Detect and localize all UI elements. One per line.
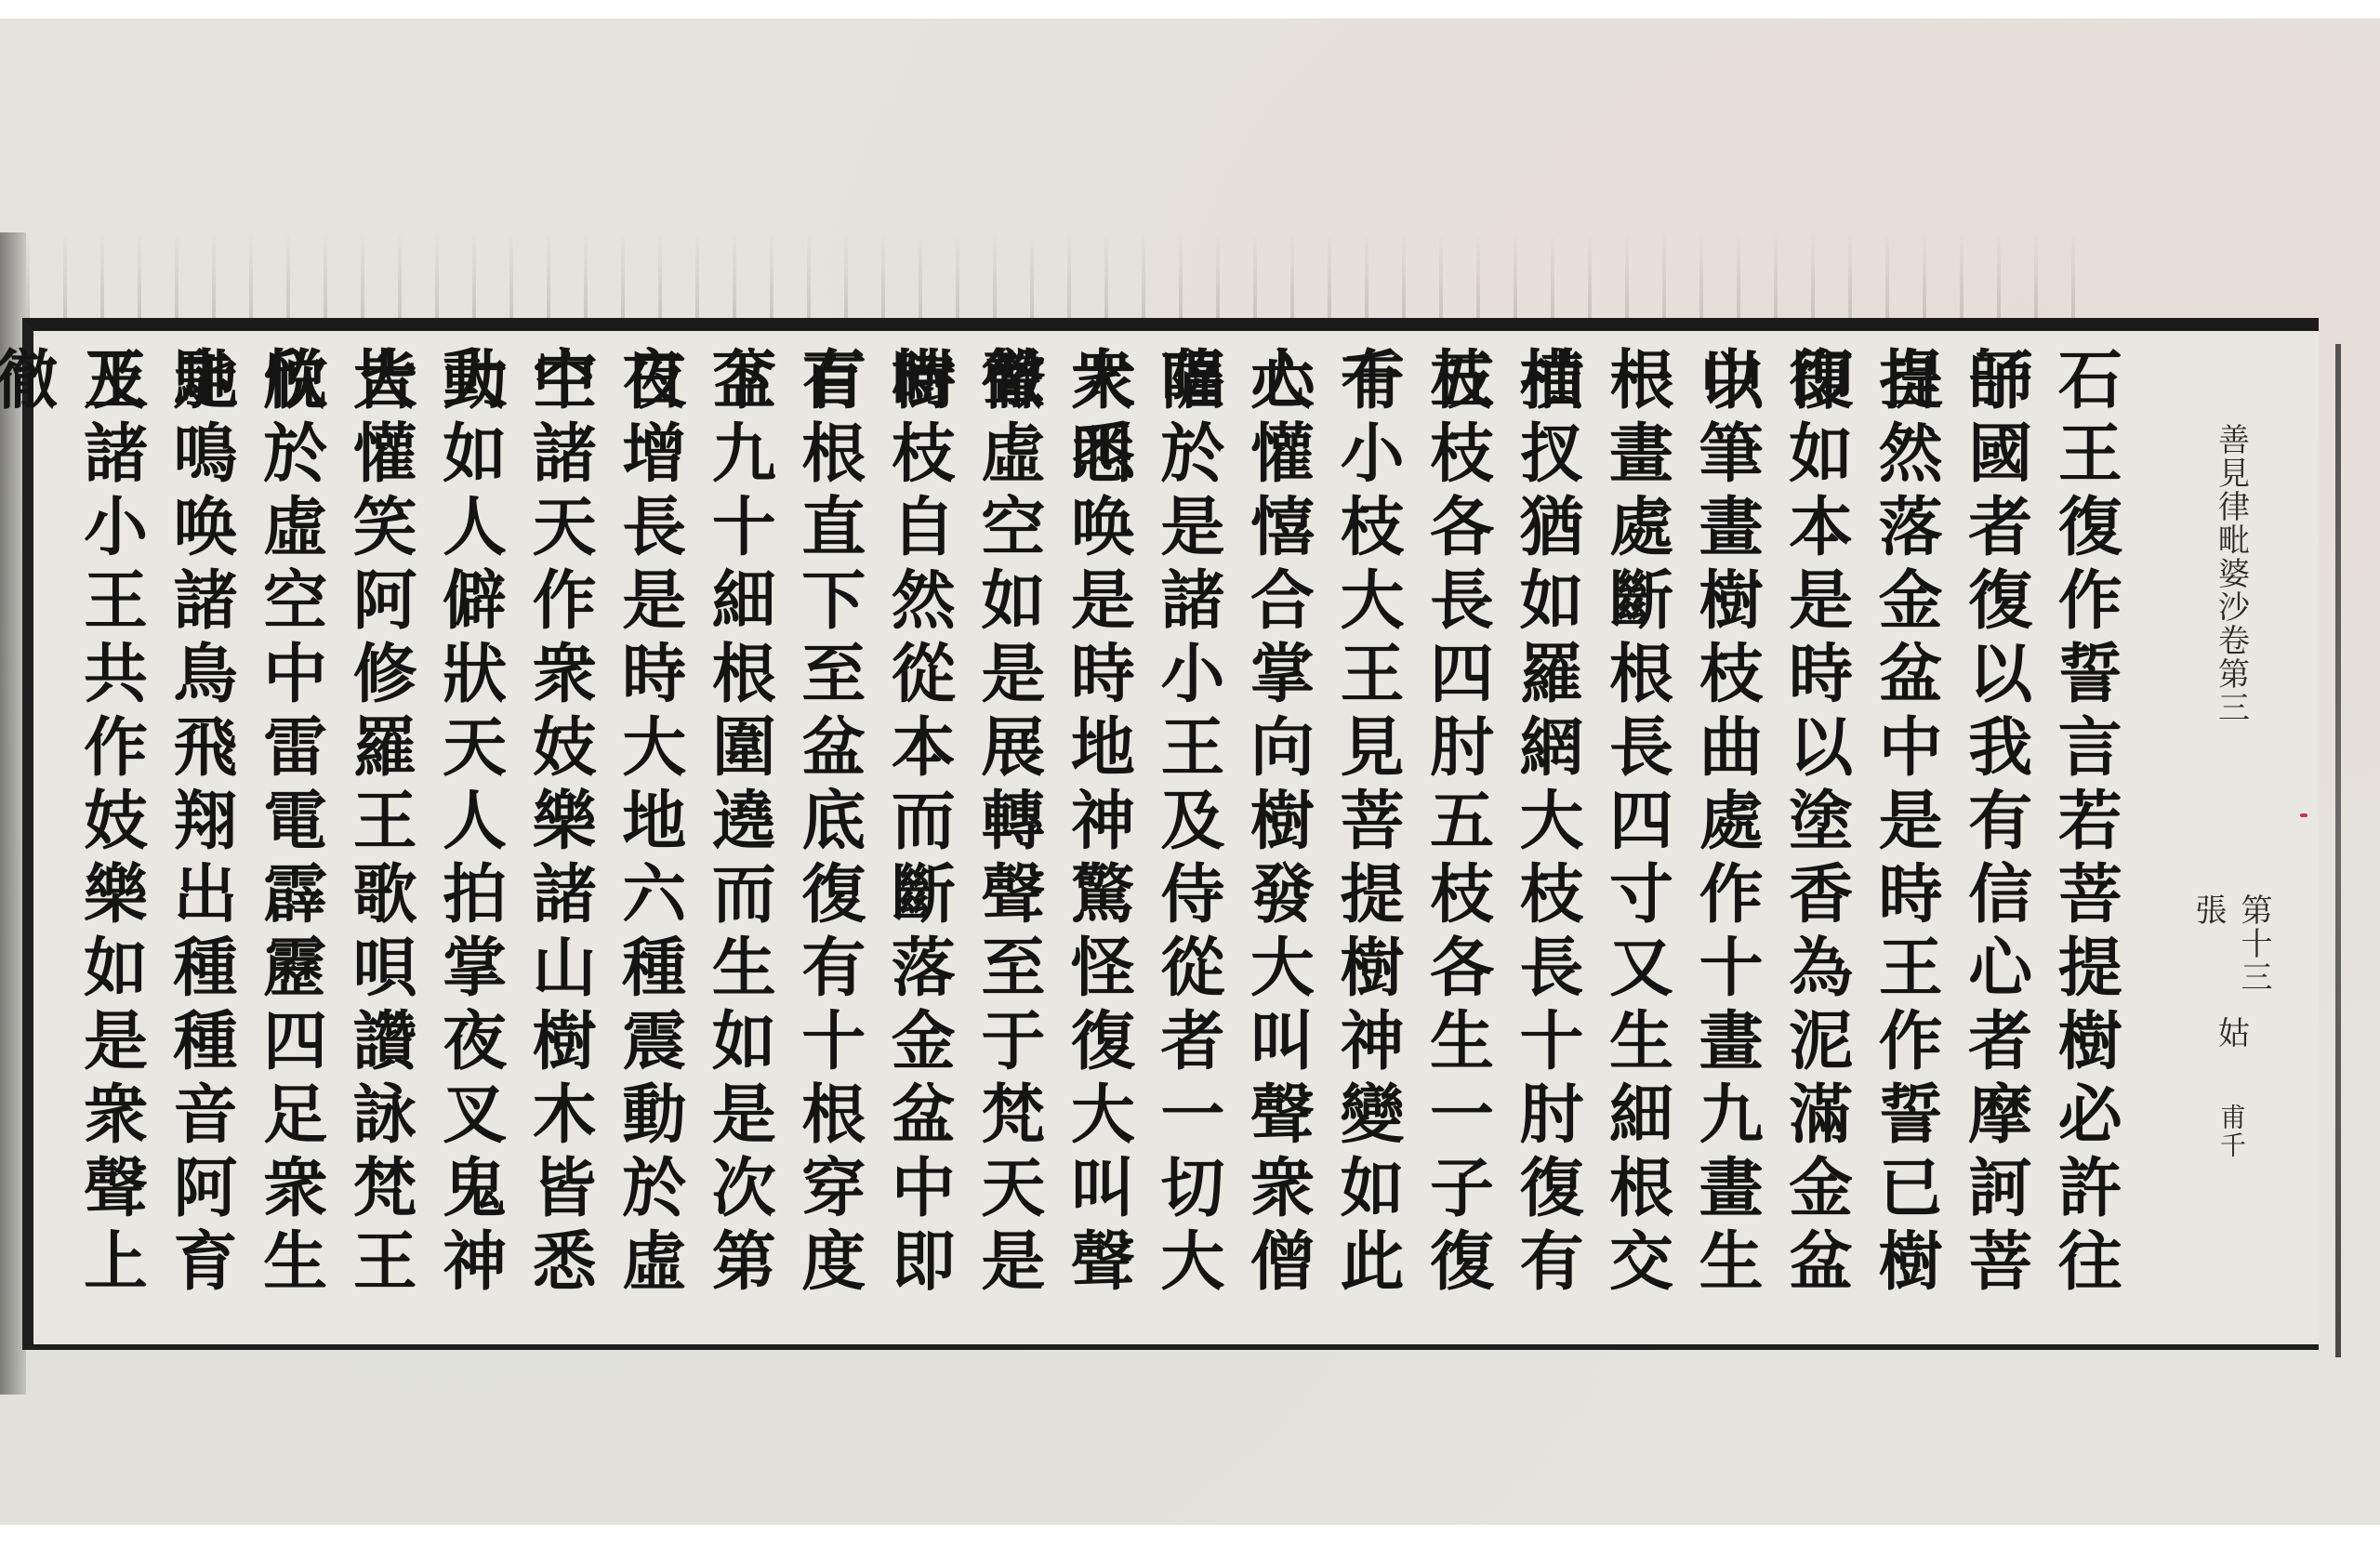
text-column: 薩於是諸小王及侍從者一切大衆悉 [1142,346,1231,1331]
block-code: 甫千 [2213,1104,2250,1169]
text-column: 下九十細根圍遶而生如是次第日 [694,346,783,1331]
text-column: 樹枝自然從本而斷落金盆中即有 [873,346,962,1331]
text-columns: 石王復作誓言若菩提樹必許往師子國者復以我有信心者摩訶菩提自然落金盆中是時王作誓已… [65,346,2129,1331]
sutra-title: 善見律毗婆沙卷第三 [2209,423,2254,860]
text-column: 百根直下至盆底復有十根穿度盆 [783,346,872,1331]
text-column: 中諸天作衆妓樂諸山樹木皆悉大 [514,346,603,1331]
text-column: 枝枝各長四肘五枝各生一子復有 [1411,346,1501,1331]
text-column: 徹虛空如是展轉聲至于梵天是時 [962,346,1051,1331]
right-border-rule [2335,344,2341,1357]
margin-header: 善見律毗婆沙卷第三 第十三張 姑 甫千 [2203,423,2259,1316]
collection-mark: 姑 [2209,1016,2254,1072]
text-column: 夜增長是時大地六種震動於虛空 [603,346,693,1331]
ink-smudge-top [9,232,2101,321]
text-column: 悦於虛空中雷電霹靂四足衆生馳 [245,346,334,1331]
page-number: 第十三張 [2186,893,2277,996]
text-column: 復如本是時以塗香為泥滿金盆中 [1770,346,1859,1331]
scan-bottom-edge [0,1525,2380,1547]
text-column: 大懽憘合掌向樹發大叫聲衆僧唱 [1232,346,1321,1331]
text-column: 石王復作誓言若菩提樹必許往師 [2040,346,2129,1331]
text-column: 子國者復以我有信心者摩訶菩提 [1950,346,2039,1331]
text-column: 一畫處斷根長四寸又生細根交横 [1591,346,1680,1331]
text-column: 抽扠猶如羅網大枝長十肘復有五 [1501,346,1591,1331]
text-column: 自然落金盆中是時王作誓已樹即 [1860,346,1950,1331]
text-column: 大懽笑阿修羅王歌唄讚詠梵王欣 [335,346,424,1331]
red-ink-mark [2300,813,2307,817]
text-column: 及諸小王共作妓樂如是衆聲上徹 [65,346,154,1331]
text-column: 走鳴唤諸鳥飛翔出種種音阿育王 [155,346,245,1331]
text-column: 以筆畫樹枝曲處作十畫九畫生根 [1681,346,1770,1331]
text-column: 千小枝大王見菩提樹神變如此心 [1321,346,1410,1331]
text-column: 大叫唤是時地神驚怪復大叫聲聲 [1052,346,1142,1331]
text-column: 動如人僻狀天人拍掌夜叉鬼神皆 [424,346,513,1331]
